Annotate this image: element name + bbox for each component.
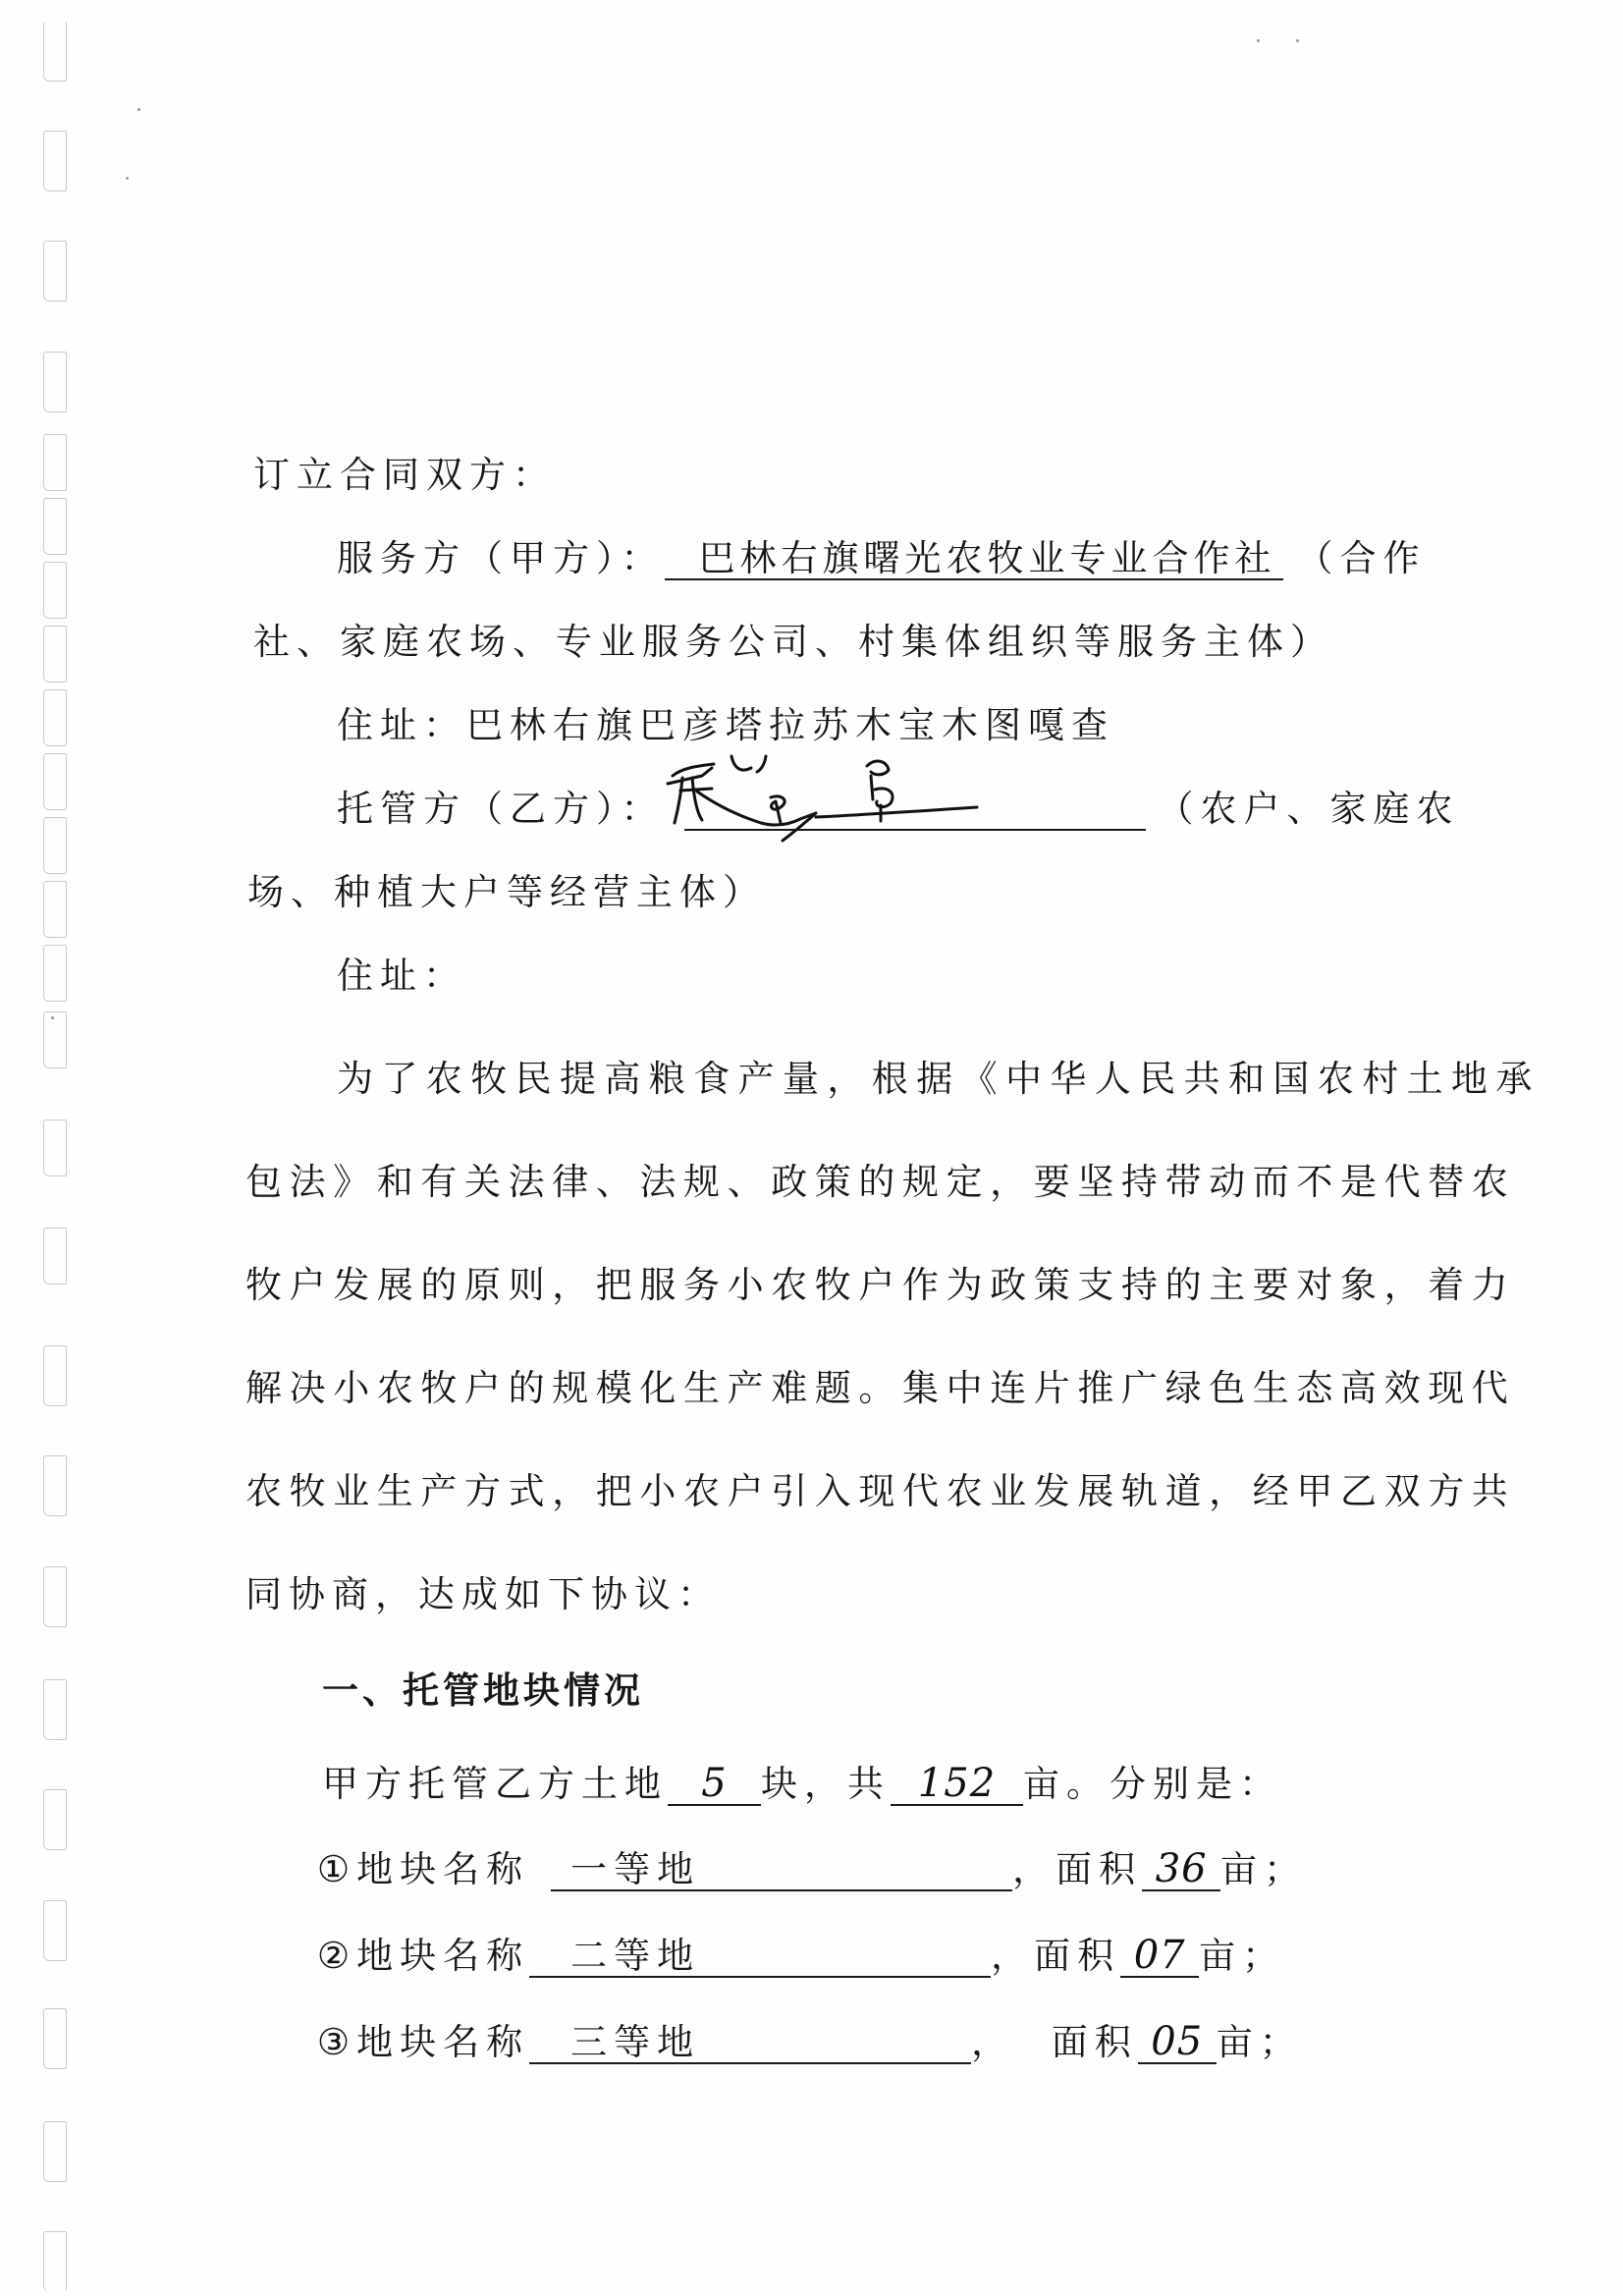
party-a-note-line2: 社、家庭农场、专业服务公司、村集体组织等服务主体）: [253, 621, 1333, 664]
scan-speck: [1257, 39, 1260, 42]
binding-hole: [43, 1900, 67, 1961]
preamble-line-4: 解决小农牧户的规模化生产难题。集中连片推广绿色生态高效现代: [245, 1367, 1515, 1410]
party-b-address-line: 住址：: [337, 955, 466, 998]
plot-row-1: ①地块名称一等地，面积36亩；: [317, 1848, 1307, 1891]
binding-hole: [43, 817, 67, 874]
binding-hole: [43, 1120, 67, 1176]
plot-1-area-label: ，面积: [1012, 1848, 1142, 1890]
plot-3-name-label: 地块名称: [356, 2021, 529, 2063]
binding-hole: [43, 22, 67, 82]
binding-holes: [43, 0, 73, 2296]
preamble-line-3: 牧户发展的原则，把服务小农牧户作为政策支持的主要对象，着力: [245, 1264, 1515, 1307]
plot-summary-mid: 块，共: [761, 1763, 891, 1805]
intro-label: 订立合同双方：: [253, 454, 556, 497]
binding-hole: [43, 881, 67, 938]
plot-2-unit: 亩；: [1199, 1935, 1285, 1977]
party-b-address-label: 住址：: [337, 955, 466, 997]
party-a-name-field[interactable]: 巴林右旗曙光农牧业专业合作社: [665, 539, 1283, 580]
binding-hole: [43, 1566, 67, 1627]
plot-1-name: 一等地: [570, 1848, 700, 1890]
party-b-label: 托管方（乙方）：: [337, 788, 665, 830]
plot-2-name-field[interactable]: 二等地: [529, 1937, 991, 1978]
plot-2-area-field[interactable]: 07: [1120, 1936, 1199, 1978]
binding-hole: [43, 1679, 67, 1740]
party-b-note-line2: 场、种植大户等经营主体）: [247, 871, 766, 914]
binding-hole: [43, 1789, 67, 1850]
plot-2-name: 二等地: [570, 1935, 700, 1977]
party-a-address-line: 住址：巴林右旗巴彦塔拉苏木宝木图嘎查: [337, 704, 1114, 747]
plot-1-area: 36: [1156, 1846, 1208, 1891]
plot-summary-prefix: 甲方托管乙方土地: [322, 1763, 668, 1805]
section-1-heading: 一、托管地块情况: [322, 1669, 644, 1713]
plot-2-area: 07: [1134, 1933, 1186, 1978]
plot-3-area-field[interactable]: 05: [1138, 2022, 1217, 2064]
binding-hole: [43, 131, 67, 191]
binding-hole: [43, 1345, 67, 1406]
plot-3-name: 三等地: [570, 2021, 700, 2063]
preamble-line-5: 农牧业生产方式，把小农户引入现代农业发展轨道，经甲乙双方共: [245, 1470, 1515, 1513]
binding-hole: [43, 753, 67, 810]
binding-hole: [43, 945, 67, 1002]
plot-count: 5: [701, 1761, 727, 1806]
plot-count-field[interactable]: 5: [668, 1764, 761, 1806]
binding-hole: [43, 498, 67, 555]
binding-hole: [43, 626, 67, 683]
binding-hole: [43, 2121, 67, 2182]
binding-hole: [43, 434, 67, 491]
plot-summary-line: 甲方托管乙方土地5块，共152亩。分别是：: [322, 1763, 1282, 1806]
plot-row-3: ③地块名称三等地， 面积05亩；: [317, 2021, 1303, 2064]
plot-3-area: 05: [1151, 2019, 1203, 2064]
plot-2-index: ②: [317, 1935, 356, 1977]
plot-summary-suffix: 亩。分别是：: [1023, 1763, 1282, 1805]
binding-hole: [43, 1011, 67, 1068]
preamble-line-6: 同协商，达成如下协议：: [245, 1573, 721, 1616]
plot-3-name-field[interactable]: 三等地: [529, 2023, 971, 2064]
plot-2-area-label: ，面积: [991, 1935, 1120, 1977]
scan-speck: [51, 1016, 54, 1019]
plot-row-2: ②地块名称二等地，面积07亩；: [317, 1935, 1285, 1978]
binding-hole: [43, 562, 67, 619]
plot-1-name-field[interactable]: 一等地: [551, 1850, 1012, 1891]
plot-3-area-label: ， 面积: [971, 2021, 1138, 2063]
party-b-note-line1: （农户、家庭农: [1158, 788, 1460, 830]
binding-hole: [43, 689, 67, 746]
party-a-note-line1: （合作: [1297, 537, 1427, 579]
binding-hole: [43, 352, 67, 412]
party-a-line: 服务方（甲方）：巴林右旗曙光农牧业专业合作社（合作: [337, 537, 1427, 580]
plot-2-name-label: 地块名称: [356, 1935, 529, 1977]
binding-hole: [43, 2231, 67, 2291]
binding-hole: [43, 2008, 67, 2069]
plot-1-area-field[interactable]: 36: [1142, 1849, 1220, 1891]
binding-hole: [43, 1228, 67, 1285]
scan-speck: [126, 177, 129, 180]
party-b-signature: [643, 746, 997, 854]
binding-hole: [43, 241, 67, 301]
total-area: 152: [918, 1761, 996, 1806]
scan-speck: [1296, 39, 1299, 42]
party-a-label: 服务方（甲方）：: [337, 537, 665, 579]
party-a-address-label: 住址：: [337, 704, 466, 746]
plot-1-name-label: 地块名称: [356, 1848, 529, 1890]
scan-speck: [137, 108, 140, 111]
plot-3-unit: 亩；: [1217, 2021, 1303, 2063]
contract-page: 订立合同双方： 服务方（甲方）：巴林右旗曙光农牧业专业合作社（合作 社、家庭农场…: [0, 0, 1623, 2296]
party-a-name: 巴林右旗曙光农牧业专业合作社: [699, 537, 1276, 579]
plot-1-unit: 亩；: [1220, 1848, 1307, 1890]
total-area-field[interactable]: 152: [891, 1764, 1023, 1806]
plot-3-index: ③: [317, 2021, 356, 2063]
plot-1-index: ①: [317, 1848, 356, 1890]
preamble-line-2: 包法》和有关法律、法规、政策的规定，要坚持带动而不是代替农: [245, 1161, 1515, 1204]
binding-hole: [43, 1455, 67, 1516]
party-a-address: 巴林右旗巴彦塔拉苏木宝木图嘎查: [466, 704, 1114, 746]
preamble-line-1: 为了农牧民提高粮食产量，根据《中华人民共和国农村土地承: [337, 1058, 1541, 1101]
